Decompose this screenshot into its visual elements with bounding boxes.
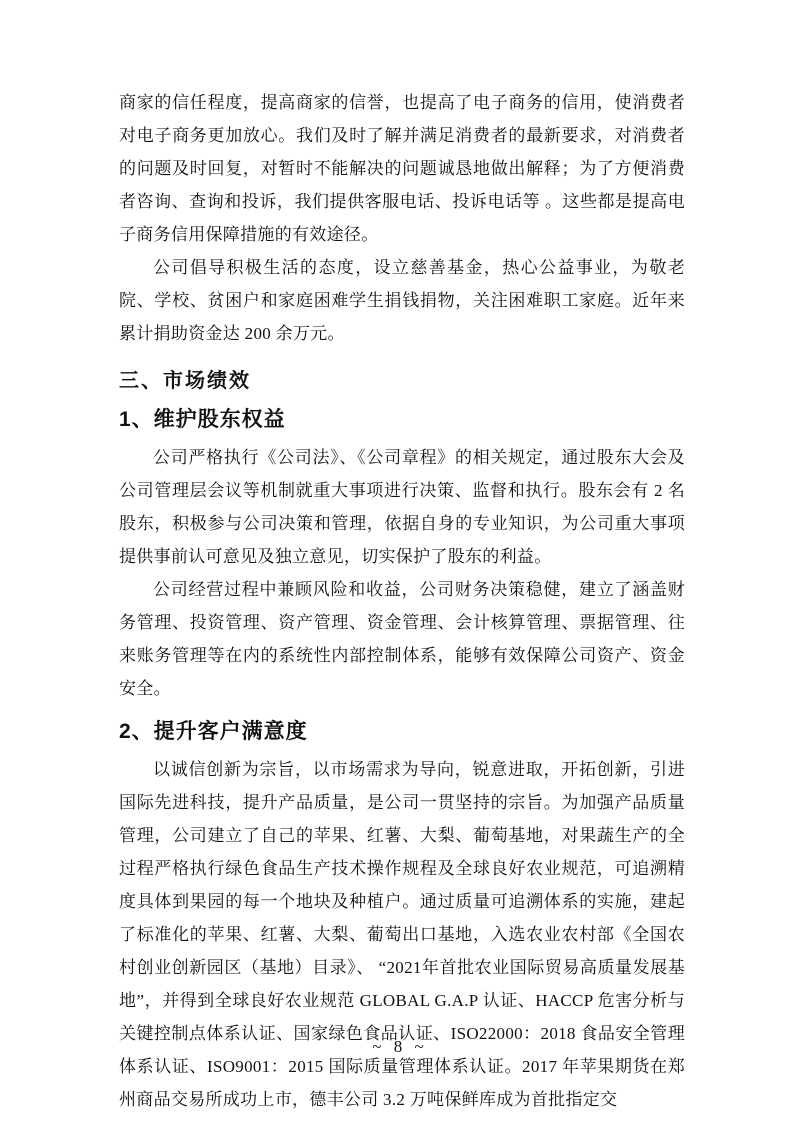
subheading-customer-satisfaction: 2、提升客户满意度: [119, 715, 685, 745]
paragraph-charity: 公司倡导积极生活的态度，设立慈善基金，热心公益事业，为敬老院、学校、贫困户和家庭…: [119, 251, 685, 350]
document-body: 商家的信任程度，提高商家的信誉，也提高了电子商务的信用，使消费者对电子商务更加放…: [119, 86, 685, 1116]
subheading-shareholder-rights: 1、维护股东权益: [119, 403, 685, 433]
paragraph-shareholder-governance: 公司严格执行《公司法》、《公司章程》的相关规定，通过股东大会及公司管理层会议等机…: [119, 441, 685, 573]
paragraph-ecommerce-credit: 商家的信任程度，提高商家的信誉，也提高了电子商务的信用，使消费者对电子商务更加放…: [119, 86, 685, 251]
paragraph-quality-certification: 以诚信创新为宗旨，以市场需求为导向，锐意进取，开拓创新，引进国际先进科技，提升产…: [119, 753, 685, 1116]
paragraph-internal-control: 公司经营过程中兼顾风险和收益，公司财务决策稳健，建立了涵盖财务管理、投资管理、资…: [119, 573, 685, 705]
document-page: 商家的信任程度，提高商家的信誉，也提高了电子商务的信用，使消费者对电子商务更加放…: [0, 0, 800, 1131]
page-number: ~ 8 ~: [0, 1037, 800, 1057]
section-heading-market-performance: 三、市场绩效: [119, 364, 685, 393]
